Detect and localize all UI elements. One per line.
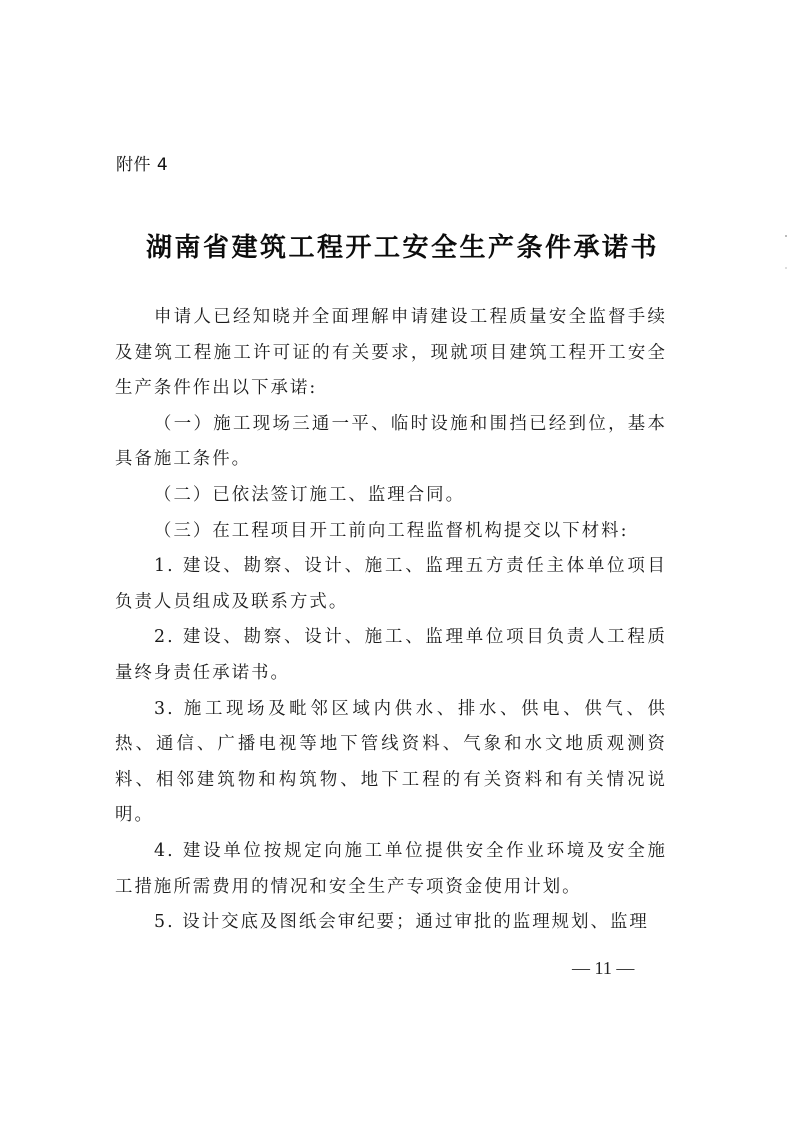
commitment-item-2: （二）已依法签订施工、监理合同。 (115, 478, 667, 514)
material-item-3: 3. 施工现场及毗邻区域内供水、排水、供电、供气、供热、通信、广播电视等地下管线… (115, 692, 667, 834)
document-body: 申请人已经知晓并全面理解申请建设工程质量安全监督手续及建筑工程施工许可证的有关要… (115, 300, 667, 941)
material-item-4: 4. 建设单位按规定向施工单位提供安全作业环境及安全施工措施所需费用的情况和安全… (115, 834, 667, 905)
intro-paragraph: 申请人已经知晓并全面理解申请建设工程质量安全监督手续及建筑工程施工许可证的有关要… (115, 300, 667, 407)
material-item-1: 1. 建设、勘察、设计、施工、监理五方责任主体单位项目负责人员组成及联系方式。 (115, 549, 667, 620)
scan-edge-mark (785, 267, 787, 269)
material-item-5: 5. 设计交底及图纸会审纪要；通过审批的监理规划、监理 (115, 905, 667, 941)
attachment-label: 附件 4 (116, 153, 168, 177)
material-item-2: 2. 建设、勘察、设计、施工、监理单位项目负责人工程质量终身责任承诺书。 (115, 620, 667, 691)
commitment-item-3: （三）在工程项目开工前向工程监督机构提交以下材料: (115, 514, 667, 550)
commitment-item-1: （一）施工现场三通一平、临时设施和围挡已经到位，基本具备施工条件。 (115, 407, 667, 478)
page-number: — 11 — (572, 956, 634, 980)
scan-edge-mark (785, 235, 787, 237)
document-title: 湖南省建筑工程开工安全生产条件承诺书 (146, 228, 646, 268)
